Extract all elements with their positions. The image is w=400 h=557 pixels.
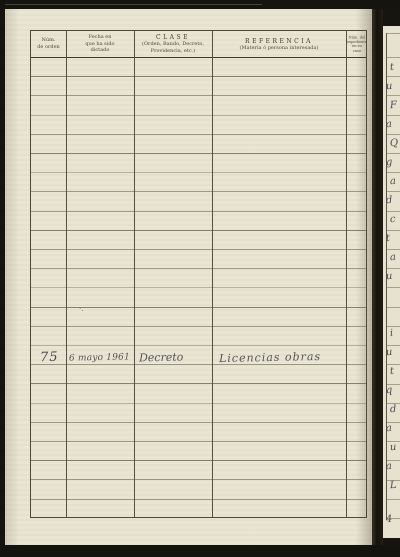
adjacent-page-row-line xyxy=(386,33,400,34)
adjacent-page-handwriting-fragment: u xyxy=(386,348,393,358)
header-text-line: de orden xyxy=(37,45,60,51)
header-text-line: caso xyxy=(353,49,361,53)
table-row xyxy=(31,58,366,77)
adjacent-page-row-line xyxy=(386,249,400,250)
table-row xyxy=(31,365,366,384)
adjacent-page-handwriting-fragment: q xyxy=(386,386,393,396)
adjacent-page-handwriting-fragment: t xyxy=(390,367,395,377)
adjacent-page-handwriting-fragment: u xyxy=(386,272,393,282)
table-row xyxy=(31,192,366,211)
table-row xyxy=(31,384,366,403)
adjacent-page-row-line xyxy=(386,326,400,327)
book-gutter-shadow xyxy=(372,0,383,557)
table-row xyxy=(31,154,366,173)
header-text-line: REFERENCIA xyxy=(245,38,313,45)
column-divider-line xyxy=(346,31,347,517)
ledger-table: Núm.de ordenFecha enque ha sidodictadoCL… xyxy=(30,30,367,518)
table-row xyxy=(31,442,366,461)
adjacent-page-row-line xyxy=(386,307,400,308)
column-divider-line xyxy=(134,31,135,517)
adjacent-page-handwriting-fragment: a xyxy=(386,462,393,472)
table-row xyxy=(31,231,366,250)
scanned-registry-page: Núm.de ordenFecha enque ha sidodictadoCL… xyxy=(0,0,400,557)
table-row xyxy=(31,96,366,115)
table-body xyxy=(31,58,366,517)
column-header-fecha: Fecha enque ha sidodictado xyxy=(66,31,134,58)
scan-border-left xyxy=(0,0,5,557)
adjacent-page-handwriting-fragment: c xyxy=(390,215,396,225)
adjacent-page-handwriting-fragment: a xyxy=(386,120,393,130)
adjacent-page-handwriting-fragment: t xyxy=(386,234,391,244)
header-text-line: (Materia ó persona interesada) xyxy=(240,46,319,52)
handwritten-entry-num: 75 xyxy=(40,350,59,365)
adjacent-page-handwriting-fragment: a xyxy=(386,424,393,434)
table-row xyxy=(31,327,366,346)
scan-scratch-line xyxy=(0,4,262,5)
header-text-line: Fecha en xyxy=(89,35,112,41)
table-header-row: Núm.de ordenFecha enque ha sidodictadoCL… xyxy=(31,31,366,58)
column-header-clase: CLASE(Orden, Bando, Decreto,Providencia,… xyxy=(134,31,212,58)
handwritten-entry-clase: Decreto xyxy=(139,351,184,365)
column-header-expediente: Núm. delexpedienteen sucaso xyxy=(346,31,368,58)
adjacent-page-handwriting-fragment: i xyxy=(390,329,394,339)
ledger-paper: Núm.de ordenFecha enque ha sidodictadoCL… xyxy=(5,9,372,546)
handwritten-entry-fecha: 6 mayo 1961 xyxy=(69,352,130,363)
table-row xyxy=(31,269,366,288)
table-row xyxy=(31,212,366,231)
adjacent-page-row-line xyxy=(386,191,400,192)
scan-border-bottom xyxy=(0,545,400,557)
adjacent-page-row-line xyxy=(386,115,400,116)
stray-pencil-mark: ·. xyxy=(79,305,83,313)
adjacent-page-row-line xyxy=(386,345,400,346)
table-row xyxy=(31,423,366,442)
column-divider-line xyxy=(66,31,67,517)
table-row xyxy=(31,116,366,135)
table-row xyxy=(31,404,366,423)
scan-border-top xyxy=(0,0,400,9)
adjacent-page-row-line xyxy=(386,76,400,77)
column-header-num: Núm.de orden xyxy=(31,31,66,58)
adjacent-page-row-line xyxy=(386,211,400,212)
adjacent-page-row-line xyxy=(386,172,400,173)
adjacent-page-row-line xyxy=(386,287,400,288)
adjacent-page-handwriting-fragment: Q xyxy=(390,139,399,150)
handwritten-entry-referencia: Licencias obras xyxy=(219,350,321,365)
adjacent-page-handwriting-fragment: t xyxy=(390,63,395,73)
table-row xyxy=(31,500,366,519)
table-row xyxy=(31,250,366,269)
table-row xyxy=(31,77,366,96)
adjacent-page-row-line xyxy=(386,153,400,154)
column-header-referencia: REFERENCIA(Materia ó persona interesada) xyxy=(212,31,346,58)
header-text-line: en su xyxy=(352,45,362,49)
adjacent-page-row-line xyxy=(386,230,400,231)
header-text-line: Providencia, etc.) xyxy=(151,49,195,55)
adjacent-page-row-line xyxy=(386,499,400,500)
adjacent-page-handwriting-fragment: a xyxy=(390,253,397,263)
adjacent-page-handwriting-fragment: g xyxy=(386,158,393,168)
table-row xyxy=(31,480,366,499)
header-text-line: dictado xyxy=(91,48,110,54)
adjacent-page-handwriting-fragment: L xyxy=(390,481,397,491)
adjacent-page-row-line xyxy=(386,57,400,58)
adjacent-page-handwriting-fragment: d xyxy=(390,405,397,415)
adjacent-page-handwriting-fragment: d xyxy=(386,196,393,206)
adjacent-page-sliver: tuFaQgadctauiutqdauaL4 xyxy=(383,0,400,557)
table-row xyxy=(31,173,366,192)
adjacent-page-row-line xyxy=(386,268,400,269)
adjacent-page-handwriting-fragment: a xyxy=(390,177,397,187)
table-row xyxy=(31,135,366,154)
adjacent-page-row-line xyxy=(386,95,400,96)
adjacent-page-handwriting-fragment: u xyxy=(390,443,397,453)
adjacent-page-handwriting-fragment: 4 xyxy=(386,515,393,525)
table-row xyxy=(31,461,366,480)
column-divider-line xyxy=(212,31,213,517)
adjacent-page-handwriting-fragment: F xyxy=(390,101,398,111)
adjacent-page-handwriting-fragment: u xyxy=(386,82,393,92)
adjacent-page-row-line xyxy=(386,364,400,365)
adjacent-page-row-line xyxy=(386,134,400,135)
